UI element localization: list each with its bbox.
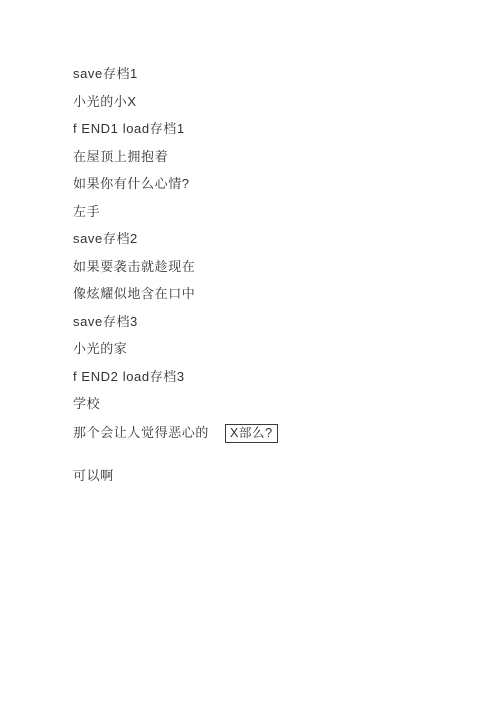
text-line: 左手 [73, 204, 460, 219]
text-line: 如果要袭击就趁现在 [73, 259, 460, 274]
text-line: save存档3 [73, 314, 460, 329]
question-line: 那个会让人觉得恶心的X部么? [73, 424, 460, 443]
boxed-option: X部么? [225, 424, 278, 443]
text-line: 小光的家 [73, 341, 460, 356]
question-text: 那个会让人觉得恶心的 [73, 425, 209, 440]
document-page: save存档1 小光的小X f END1 load存档1 在屋顶上拥抱着 如果你… [0, 0, 500, 708]
text-line: save存档2 [73, 231, 460, 246]
text-line: 学校 [73, 396, 460, 411]
text-line: 小光的小X [73, 94, 460, 109]
text-line: f END2 load存档3 [73, 369, 460, 384]
answer-text: 可以啊 [73, 468, 460, 483]
text-line: 像炫耀似地含在口中 [73, 286, 460, 301]
text-line: 如果你有什么心情? [73, 176, 460, 191]
text-line: save存档1 [73, 66, 460, 81]
text-line: 在屋顶上拥抱着 [73, 149, 460, 164]
text-line: f END1 load存档1 [73, 121, 460, 136]
